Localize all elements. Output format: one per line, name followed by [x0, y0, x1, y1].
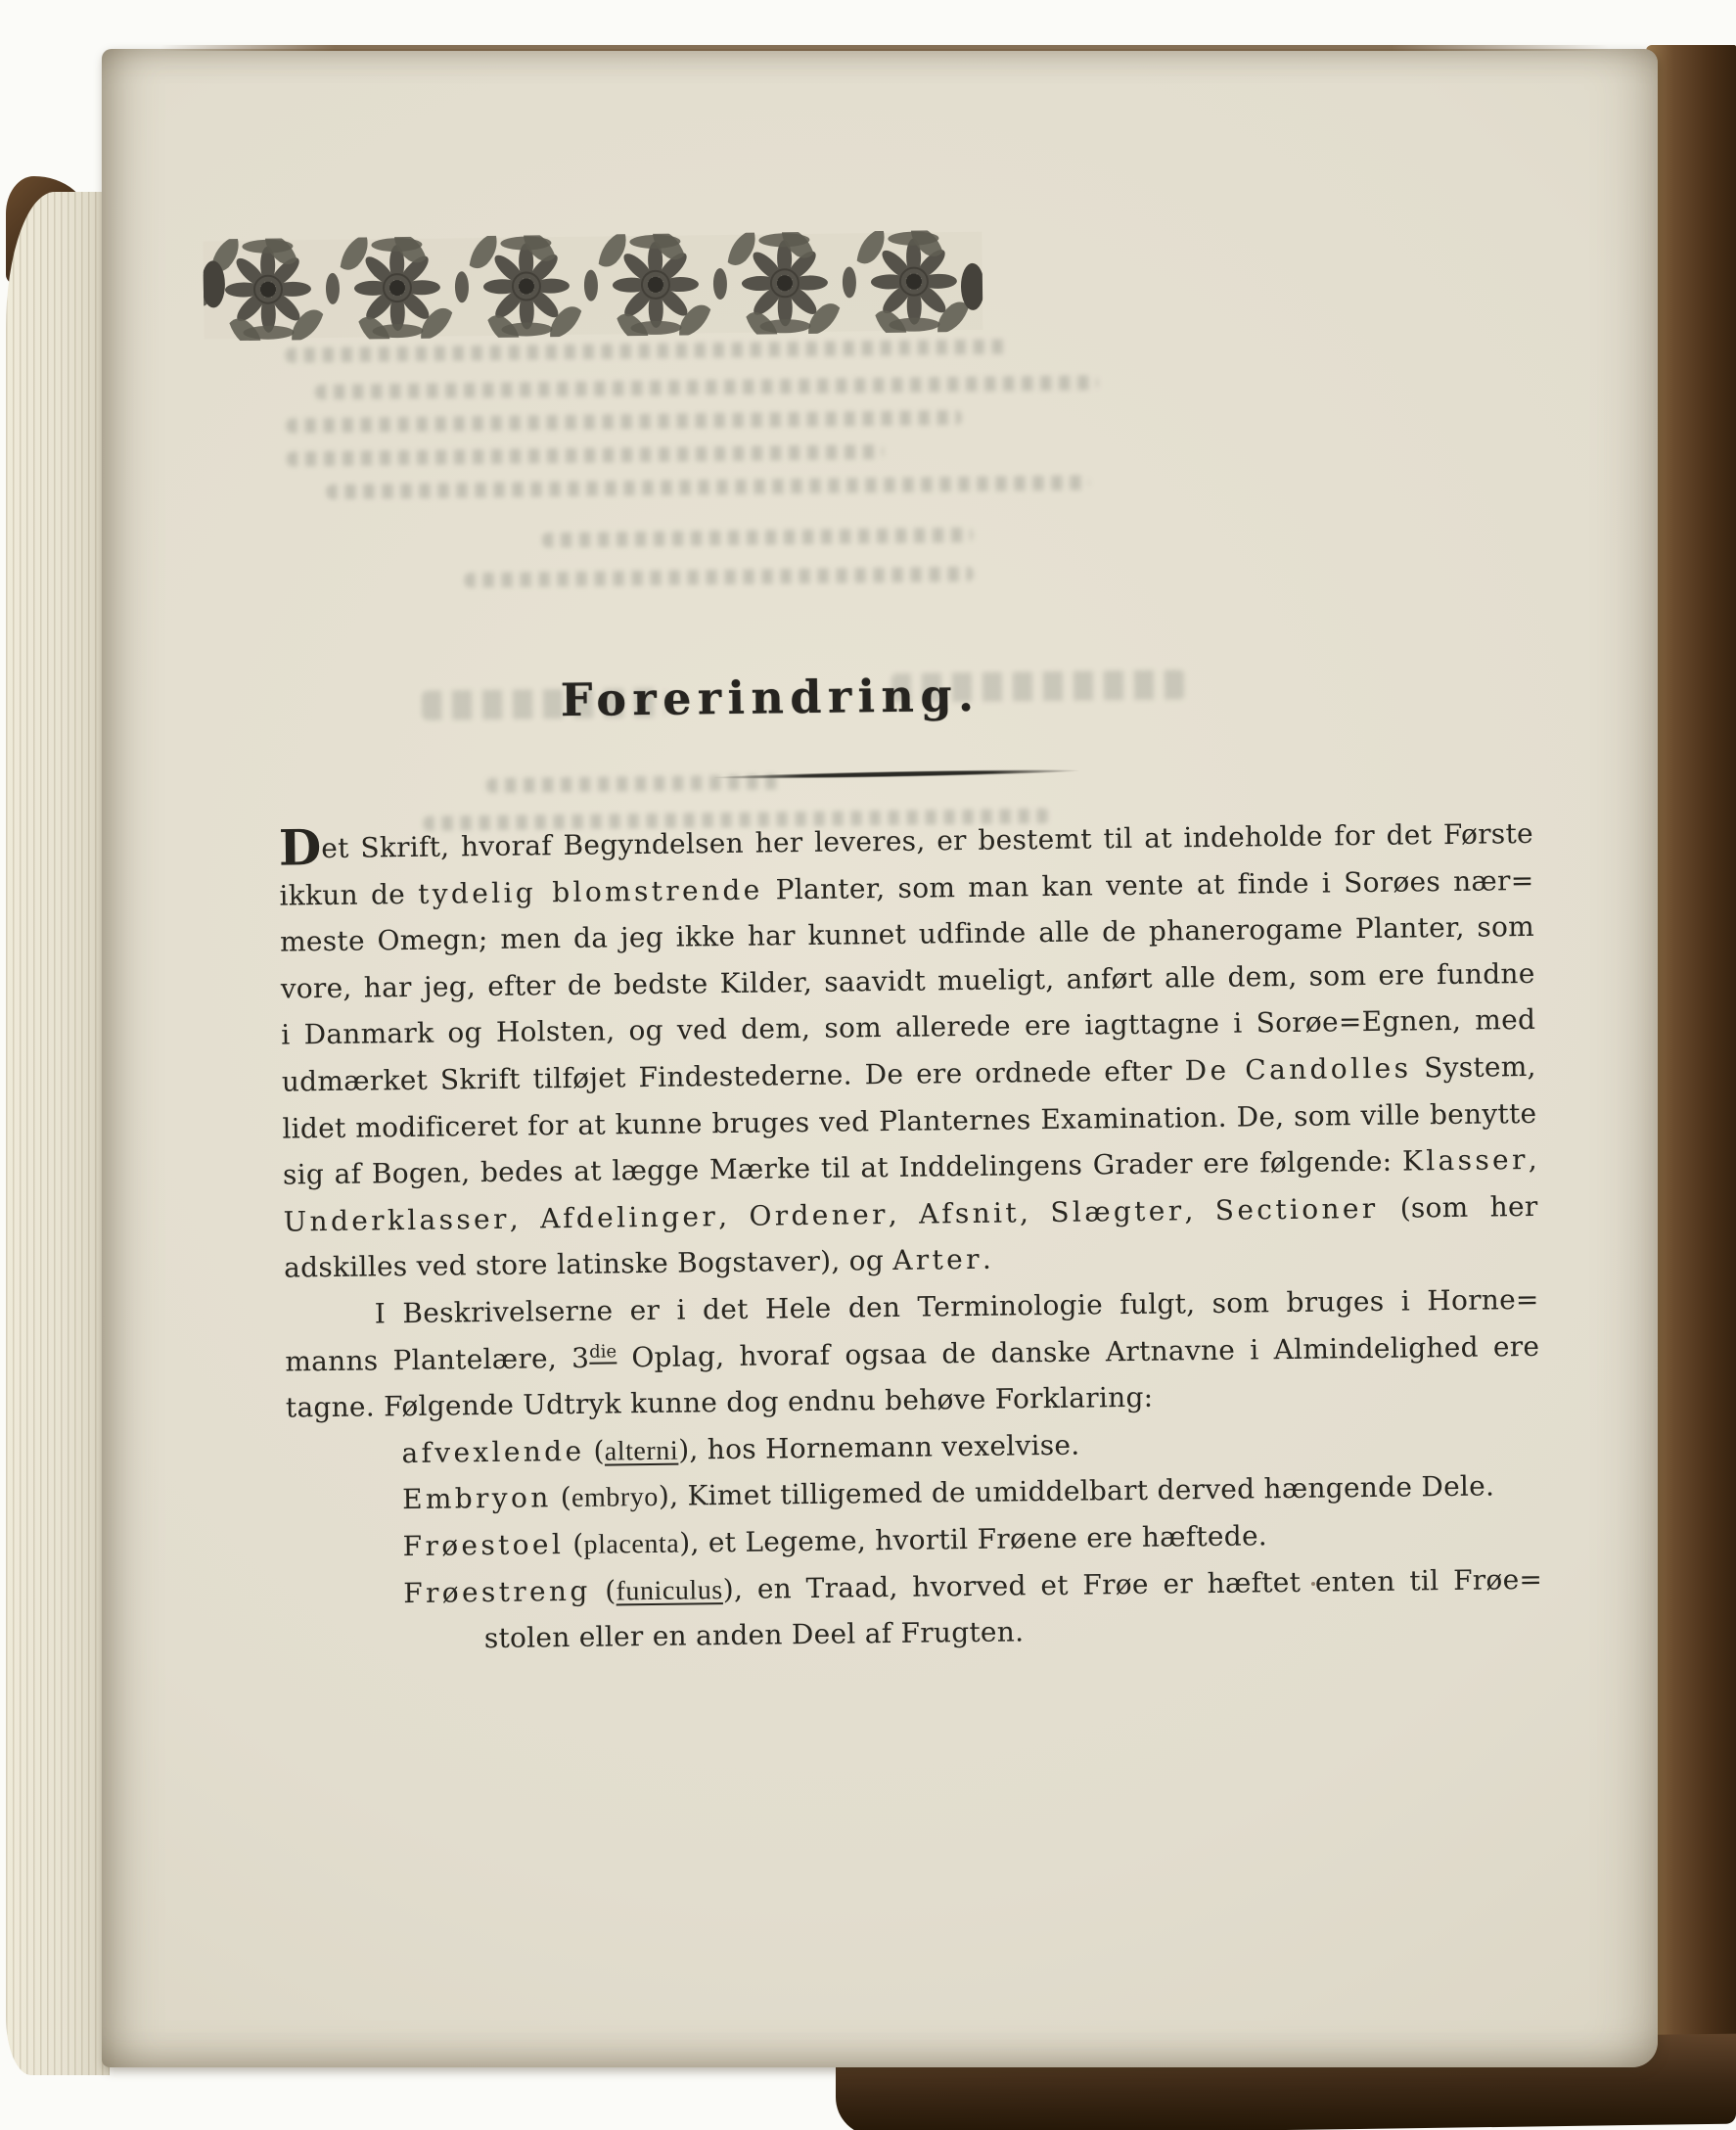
text-segment: die: [589, 1341, 617, 1364]
text-segment: ), et Legeme, hvortil Frøene ere hæftede…: [679, 1519, 1267, 1558]
text-segment: Embryon: [402, 1482, 552, 1516]
text-segment: ), Kimet tilligemed de umiddelbart derve…: [659, 1470, 1495, 1512]
text-segment: (: [584, 1434, 605, 1466]
text-segment: Underklasser: [283, 1203, 510, 1238]
text-segment: Ordener: [749, 1198, 889, 1232]
text-segment: afvexlende: [401, 1435, 584, 1469]
text-segment: funiculus: [616, 1575, 723, 1606]
text-segment: embryo: [571, 1482, 659, 1513]
text-segment: stolen eller en anden Deel af Frugten.: [484, 1615, 1025, 1654]
text-segment: Oplag, hvoraf ogsaa de danske Artnavne i…: [617, 1329, 1539, 1373]
book-page: Forerindring. Det Skrift, hvoraf Begynde…: [102, 49, 1658, 2067]
text-segment: ,: [718, 1200, 750, 1232]
text-segment: I Beskrivelserne er i det Hele den Termi…: [375, 1283, 1539, 1330]
title-rule: [714, 767, 1078, 780]
text-segment: placenta: [583, 1529, 679, 1560]
text-segment: i Danmark og Holsten, og ved dem, som al…: [281, 1003, 1535, 1051]
text-segment: ikkun de: [279, 877, 418, 911]
text-segment: Slægter: [1050, 1194, 1185, 1228]
text-segment: Sectioner: [1215, 1192, 1379, 1227]
text-segment: ), hos Hornemann vexelvise.: [678, 1428, 1080, 1465]
text-segment: ,: [889, 1197, 920, 1229]
text-segment: D: [279, 818, 322, 872]
text-segment: (som her: [1378, 1190, 1537, 1225]
text-segment: alterni: [605, 1435, 679, 1466]
text-segment: Afdelinger: [540, 1200, 718, 1234]
text-segment: tagne. Følgende Udtryk kunne dog endnu b…: [286, 1381, 1154, 1424]
text-segment: (: [551, 1481, 571, 1513]
text-segment: (: [590, 1574, 616, 1606]
text-segment: ,: [1184, 1194, 1215, 1227]
bleedthrough-line: [286, 339, 1010, 362]
bleedthrough-line: [465, 567, 974, 587]
previous-page-edges: [6, 192, 110, 2075]
text-segment: Afsnit: [919, 1196, 1020, 1229]
text-segment: ,: [1020, 1196, 1051, 1228]
text-segment: udmærket Skrift tilføjet Findestederne. …: [282, 1054, 1185, 1097]
text-segment: et Skrift, hvoraf Begyndelsen her levere…: [321, 817, 1533, 864]
text-segment: Frøestoel: [402, 1528, 564, 1562]
text-segment: Arter: [892, 1243, 982, 1276]
text-segment: lidet modificeret for at kunne bruges ve…: [282, 1096, 1536, 1144]
text-segment: ,: [510, 1202, 541, 1234]
page-title: Forerindring.: [275, 665, 1266, 729]
floral-border-ornament: [203, 230, 982, 342]
text-segment: (: [564, 1528, 584, 1560]
text-segment: adskilles ved store latinske Bogstaver),…: [284, 1244, 892, 1284]
bleedthrough-line: [287, 444, 884, 466]
body-lines: Det Skrift, hvoraf Begyndelsen her lever…: [279, 810, 1543, 1664]
bleedthrough-line: [542, 528, 973, 547]
text-segment: .: [982, 1243, 992, 1275]
text-segment: sig af Bogen, bedes at lægge Mærke til a…: [283, 1145, 1402, 1191]
bleedthrough-line: [315, 375, 1098, 399]
text-segment: tydelig blomstrende: [418, 873, 763, 909]
text-segment: Planter, som man kan vente at finde i So…: [762, 864, 1533, 906]
bleedthrough-line: [287, 410, 962, 433]
text-segment: manns Plantelære, 3: [285, 1341, 589, 1377]
text-segment: De Candolles: [1184, 1051, 1411, 1087]
text-segment: Klasser: [1402, 1143, 1529, 1178]
text-segment: Frøestreng: [403, 1574, 591, 1608]
text-segment: ,: [1529, 1143, 1538, 1176]
page-content: Forerindring. Det Skrift, hvoraf Begynde…: [91, 37, 1671, 2074]
bleedthrough-line: [326, 475, 1089, 499]
text-segment: ), en Traad, hvorved et Frøe er hæftet e…: [723, 1562, 1543, 1604]
book-photo: Forerindring. Det Skrift, hvoraf Begynde…: [0, 0, 1736, 2130]
text-segment: vore, har jeg, efter de bedste Kilder, s…: [280, 957, 1534, 1005]
